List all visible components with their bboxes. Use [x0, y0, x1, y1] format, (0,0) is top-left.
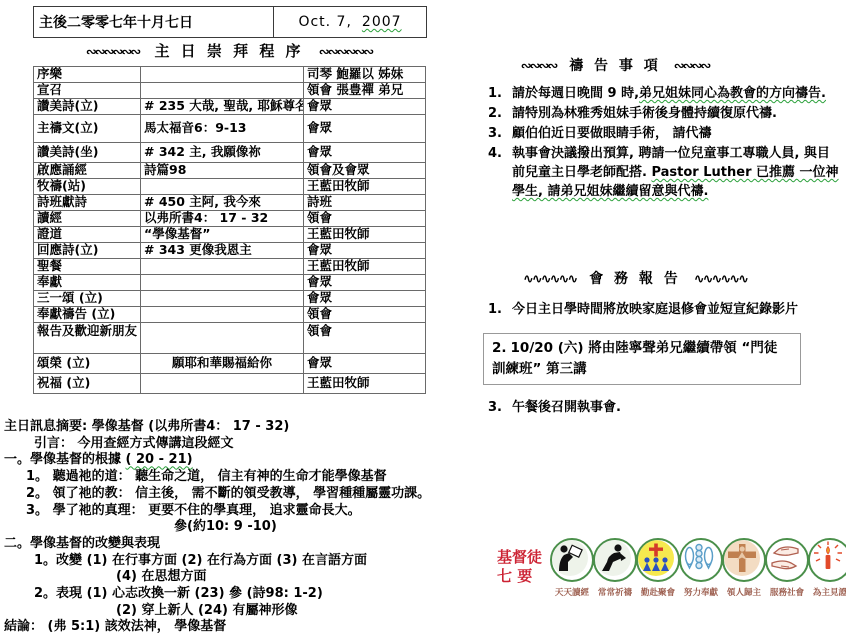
seven-item: 領人歸主: [722, 538, 765, 598]
note-line: 1。改變 (1) 在行事方面 (2) 在行為方面 (3) 在言語方面: [4, 553, 464, 570]
report-text: 今日主日學時間將放映家庭退修會並短宣紀錄影片: [512, 302, 798, 317]
note-line: 2。表現 (1) 心志改換一新 (23) 參 (詩98: 1-2): [4, 586, 464, 603]
header-date-box: 主後二零零七年十月七日 Oct. 7, 2007: [33, 6, 427, 38]
program-detail: [141, 374, 304, 394]
program-item: 報告及歡迎新朋友: [34, 323, 141, 354]
program-who: 領會: [304, 323, 426, 354]
prayer-section-heading: ∾∾∾∾ 禱 告 事 項 ∾∾∾∾: [480, 55, 750, 75]
text-segment: 參(約10: 9 -10): [174, 519, 277, 534]
service-icon: [765, 538, 809, 582]
program-who: 領會 張豊禪 弟兄: [304, 83, 426, 99]
program-row: 讀經以弗所書4： 17 - 32領會: [34, 211, 426, 227]
item-number: 1.: [488, 84, 502, 103]
program-item: 序樂: [34, 67, 141, 83]
seven-label: 努力奉獻: [683, 585, 717, 597]
program-detail: # 450 主阿, 我今來: [141, 195, 304, 211]
program-row: 序樂司琴 鮑羅以 姊妹: [34, 67, 426, 83]
report-section-heading: ∿∿∿∿∿∿ 會 務 報 告 ∿∿∿∿∿∿: [490, 268, 780, 288]
program-detail: 願耶和華賜福給你: [141, 354, 304, 374]
program-detail: [141, 67, 304, 83]
seven-essentials-row: 天天讀經常常祈禱勤赴聚會努力奉獻領人歸主服務社會為主見證: [550, 538, 846, 598]
report-item: 3.午餐後召開執事會.: [488, 398, 840, 417]
program-who: 領會: [304, 307, 426, 323]
program-detail: # 343 更像我恩主: [141, 243, 304, 259]
text-segment: 1。 聽過祂的道： 聽生命之道， 信主有神的生命才能學像基督: [26, 469, 387, 484]
date-en-prefix: Oct. 7,: [298, 14, 351, 30]
text-segment: 顧伯伯近日要做眼睛手術， 請代禱: [512, 126, 712, 141]
program-who: 王藍田牧師: [304, 179, 426, 195]
seven-label: 領人歸主: [726, 585, 760, 597]
prayer-item: 3.顧伯伯近日要做眼睛手術， 請代禱: [488, 124, 840, 143]
program-detail: [141, 179, 304, 195]
program-row: 讚美詩(立)# 235 大哉, 聖哉, 耶穌尊名會眾: [34, 99, 426, 115]
item-number: 1.: [488, 300, 502, 319]
report-item: 1.今日主日學時間將放映家庭退修會並短宣紀錄影片: [488, 300, 840, 319]
program-who: 司琴 鮑羅以 姊妹: [304, 67, 426, 83]
note-line: 一。學像基督的根據 ( 20 - 21): [4, 452, 464, 469]
text-segment: 引言： 今用查經方式傳講這段經文: [34, 436, 234, 451]
seven-item: 為主見證: [808, 538, 846, 598]
program-detail: 以弗所書4： 17 - 32: [141, 211, 304, 227]
program-who: 會眾: [304, 99, 426, 115]
program-row: 祝福 (立)王藍田牧師: [34, 374, 426, 394]
seven-item: 天天讀經: [550, 538, 593, 598]
program-item: 讀經: [34, 211, 141, 227]
ornament-right: ∾∾∾∾∾∾: [319, 45, 372, 60]
note-line: 3。 學了祂的真理： 更要不住的學真理， 追求靈命長大。: [4, 503, 464, 520]
prayer-item: 2.請特別為林雅秀姐妹手術後身體持續復原代禱.: [488, 104, 840, 123]
program-item: 三一頌 (立): [34, 291, 141, 307]
seven-essentials-logo: 基督徒 七 要 天天讀經常常祈禱勤赴聚會努力奉獻領人歸主服務社會為主見證: [497, 538, 846, 598]
program-who: 會眾: [304, 115, 426, 143]
prayer-item: 4.執事會決議撥出預算, 聘請一位兒童事工專職人員, 與目前兒童主日學老師配搭.…: [488, 144, 840, 201]
program-item: 主禱文(立): [34, 115, 141, 143]
text-segment: (2) 穿上新人 (24) 有屬神形像: [116, 603, 297, 618]
report-text: 午餐後召開執事會.: [512, 400, 621, 415]
program-row: 聖餐王藍田牧師: [34, 259, 426, 275]
ornament-right: ∿∿∿∿∿∿: [694, 272, 747, 287]
program-item: 詩班獻詩: [34, 195, 141, 211]
seven-item: 服務社會: [765, 538, 808, 598]
program-row: 奉獻禱告 (立)領會: [34, 307, 426, 323]
program-who: 會眾: [304, 354, 426, 374]
program-item: 聖餐: [34, 259, 141, 275]
note-line: 參(約10: 9 -10): [4, 519, 464, 536]
program-item: 頌榮 (立): [34, 354, 141, 374]
page-title: 主 日 崇 拜 程 序: [154, 42, 303, 60]
program-detail: # 235 大哉, 聖哉, 耶穌尊名: [141, 99, 304, 115]
gathering-icon: [636, 538, 680, 582]
text-segment: 請特別為林雅秀姐妹手術後身體持續復原代禱.: [512, 106, 777, 121]
report-title: 會 務 報 告: [589, 271, 681, 287]
program-detail: [141, 83, 304, 99]
note-line: (2) 穿上新人 (24) 有屬神形像: [4, 603, 464, 620]
ornament-right: ∾∾∾∾: [674, 59, 710, 74]
note-line: 結論： (弗 5:1) 該效法神， 學像基督: [4, 619, 464, 636]
program-row: 牧禱(站)王藍田牧師: [34, 179, 426, 195]
text-segment: 弟兄姐妹同心為教會的方向禱告.: [639, 86, 826, 101]
ornament-left: ∾∾∾∾: [521, 59, 557, 74]
text-segment: 結論： (弗 5:1) 該效法神， 學像基督: [4, 619, 226, 634]
program-row: 頌榮 (立)願耶和華賜福給你會眾: [34, 354, 426, 374]
program-who: 會眾: [304, 143, 426, 163]
seven-item: 勤赴聚會: [636, 538, 679, 598]
program-who: 王藍田牧師: [304, 374, 426, 394]
worship-program-table: 序樂司琴 鮑羅以 姊妹宣召領會 張豊禪 弟兄讚美詩(立)# 235 大哉, 聖哉…: [33, 66, 426, 394]
bulletin-page: 主後二零零七年十月七日 Oct. 7, 2007 ∾∾∾∾∾∾ 主 日 崇 拜 …: [0, 0, 846, 636]
witness-icon: [808, 538, 846, 582]
program-who: 領會: [304, 211, 426, 227]
worship-order-title-row: ∾∾∾∾∾∾ 主 日 崇 拜 程 序 ∾∾∾∾∾∾: [33, 40, 425, 61]
worship-program: 序樂司琴 鮑羅以 姊妹宣召領會 張豊禪 弟兄讚美詩(立)# 235 大哉, 聖哉…: [33, 66, 426, 394]
worship-program-body: 序樂司琴 鮑羅以 姊妹宣召領會 張豊禪 弟兄讚美詩(立)# 235 大哉, 聖哉…: [34, 67, 426, 394]
program-row: 讚美詩(坐)# 342 主, 我願像祢會眾: [34, 143, 426, 163]
prayer-list: 1.請於每週日晚間 9 時,弟兄姐妹同心為教會的方向禱告.2.請特別為林雅秀姐妹…: [488, 84, 840, 202]
seven-label: 常常祈禱: [597, 585, 631, 597]
text-segment: ( 20 - 21): [126, 452, 193, 467]
item-number: 2.: [488, 104, 502, 123]
text-segment: 請於每週日晚間 9 時,: [512, 86, 639, 101]
text-segment: 2。 領了祂的教： 信主後， 需不斷的領受教導， 學習種種屬靈功課。: [26, 486, 430, 501]
text-segment: 二。學像基督的改變與表現: [4, 536, 160, 551]
note-line: 主日訊息摘要: 學像基督 (以弗所書4： 17 - 32): [4, 419, 464, 436]
program-detail: # 342 主, 我願像祢: [141, 143, 304, 163]
praying-icon: [593, 538, 637, 582]
program-detail: 馬太福音6：9-13: [141, 115, 304, 143]
program-detail: “學像基督”: [141, 227, 304, 243]
program-who: 詩班: [304, 195, 426, 211]
logo-title-line2: 七 要: [497, 567, 542, 586]
program-who: 會眾: [304, 243, 426, 259]
program-item: 宣召: [34, 83, 141, 99]
sermon-notes: 主日訊息摘要: 學像基督 (以弗所書4： 17 - 32)引言： 今用查經方式傳…: [4, 419, 464, 636]
report-list: 1.今日主日學時間將放映家庭退修會並短宣紀錄影片2.10/20 (六) 將由陸寧…: [488, 300, 840, 417]
item-number: 2.: [492, 340, 507, 356]
seven-label: 勤赴聚會: [640, 585, 674, 597]
program-row: 主禱文(立)馬太福音6：9-13會眾: [34, 115, 426, 143]
text-segment: (4) 在思想方面: [116, 569, 206, 584]
program-who: 領會及會眾: [304, 163, 426, 179]
program-row: 回應詩(立)# 343 更像我恩主會眾: [34, 243, 426, 259]
seven-label: 服務社會: [769, 585, 803, 597]
report-item: 2.10/20 (六) 將由陸寧聲弟兄繼續帶領 “門徒 訓練班” 第三講: [483, 333, 801, 385]
logo-title: 基督徒 七 要: [497, 548, 542, 586]
evangelism-icon: [722, 538, 766, 582]
date-english: Oct. 7, 2007: [274, 7, 426, 37]
logo-title-line1: 基督徒: [497, 548, 542, 567]
date-chinese: 主後二零零七年十月七日: [34, 7, 274, 37]
program-detail: [141, 275, 304, 291]
seven-label: 天天讀經: [554, 585, 588, 597]
program-item: 牧禱(站): [34, 179, 141, 195]
note-line: 二。學像基督的改變與表現: [4, 536, 464, 553]
program-item: 讚美詩(坐): [34, 143, 141, 163]
program-item: 證道: [34, 227, 141, 243]
note-line: 引言： 今用查經方式傳講這段經文: [4, 436, 464, 453]
program-detail: [141, 259, 304, 275]
program-row: 詩班獻詩# 450 主阿, 我今來詩班: [34, 195, 426, 211]
program-item: 祝福 (立): [34, 374, 141, 394]
seven-label: 為主見證: [812, 585, 846, 597]
program-who: 會眾: [304, 275, 426, 291]
note-line: (4) 在思想方面: [4, 569, 464, 586]
note-line: 2。 領了祂的教： 信主後， 需不斷的領受教導， 學習種種屬靈功課。: [4, 486, 464, 503]
program-detail: [141, 307, 304, 323]
text-segment: 主日訊息摘要: 學像基督 (以弗所書4： 17 - 32): [4, 419, 289, 434]
program-detail: [141, 291, 304, 307]
program-row: 奉獻會眾: [34, 275, 426, 291]
report-text: 10/20 (六) 將由陸寧聲弟兄繼續帶領 “門徒 訓練班” 第三講: [492, 340, 777, 377]
seven-item: 常常祈禱: [593, 538, 636, 598]
date-en-year: 2007: [362, 14, 402, 30]
seven-item: 努力奉獻: [679, 538, 722, 598]
program-item: 奉獻: [34, 275, 141, 291]
item-number: 3.: [488, 124, 502, 143]
program-item: 奉獻禱告 (立): [34, 307, 141, 323]
program-row: 證道“學像基督”王藍田牧師: [34, 227, 426, 243]
program-row: 報告及歡迎新朋友領會: [34, 323, 426, 354]
item-number: 4.: [488, 144, 502, 163]
text-segment: 1。改變 (1) 在行事方面 (2) 在行為方面 (3) 在言語方面: [34, 553, 367, 568]
program-item: 啟應誦經: [34, 163, 141, 179]
program-item: 讚美詩(立): [34, 99, 141, 115]
program-detail: 詩篇98: [141, 163, 304, 179]
program-row: 宣召領會 張豊禪 弟兄: [34, 83, 426, 99]
text-segment: 2。表現 (1) 心志改換一新 (23) 參 (詩98: 1-2): [34, 586, 323, 601]
offering-icon: [679, 538, 723, 582]
prayer-title: 禱 告 事 項: [569, 58, 661, 74]
program-detail: [141, 323, 304, 354]
program-row: 三一頌 (立)會眾: [34, 291, 426, 307]
program-who: 王藍田牧師: [304, 227, 426, 243]
program-who: 王藍田牧師: [304, 259, 426, 275]
program-item: 回應詩(立): [34, 243, 141, 259]
note-line: 1。 聽過祂的道： 聽生命之道， 信主有神的生命才能學像基督: [4, 469, 464, 486]
program-row: 啟應誦經詩篇98領會及會眾: [34, 163, 426, 179]
ornament-left: ∿∿∿∿∿∿: [523, 272, 576, 287]
reading-icon: [550, 538, 594, 582]
item-number: 3.: [488, 398, 502, 417]
text-segment: 一。學像基督的根據: [4, 452, 126, 467]
prayer-item: 1.請於每週日晚間 9 時,弟兄姐妹同心為教會的方向禱告.: [488, 84, 840, 103]
program-who: 會眾: [304, 291, 426, 307]
text-segment: 3。 學了祂的真理： 更要不住的學真理， 追求靈命長大。: [26, 503, 361, 518]
ornament-left: ∾∾∾∾∾∾: [86, 45, 139, 60]
